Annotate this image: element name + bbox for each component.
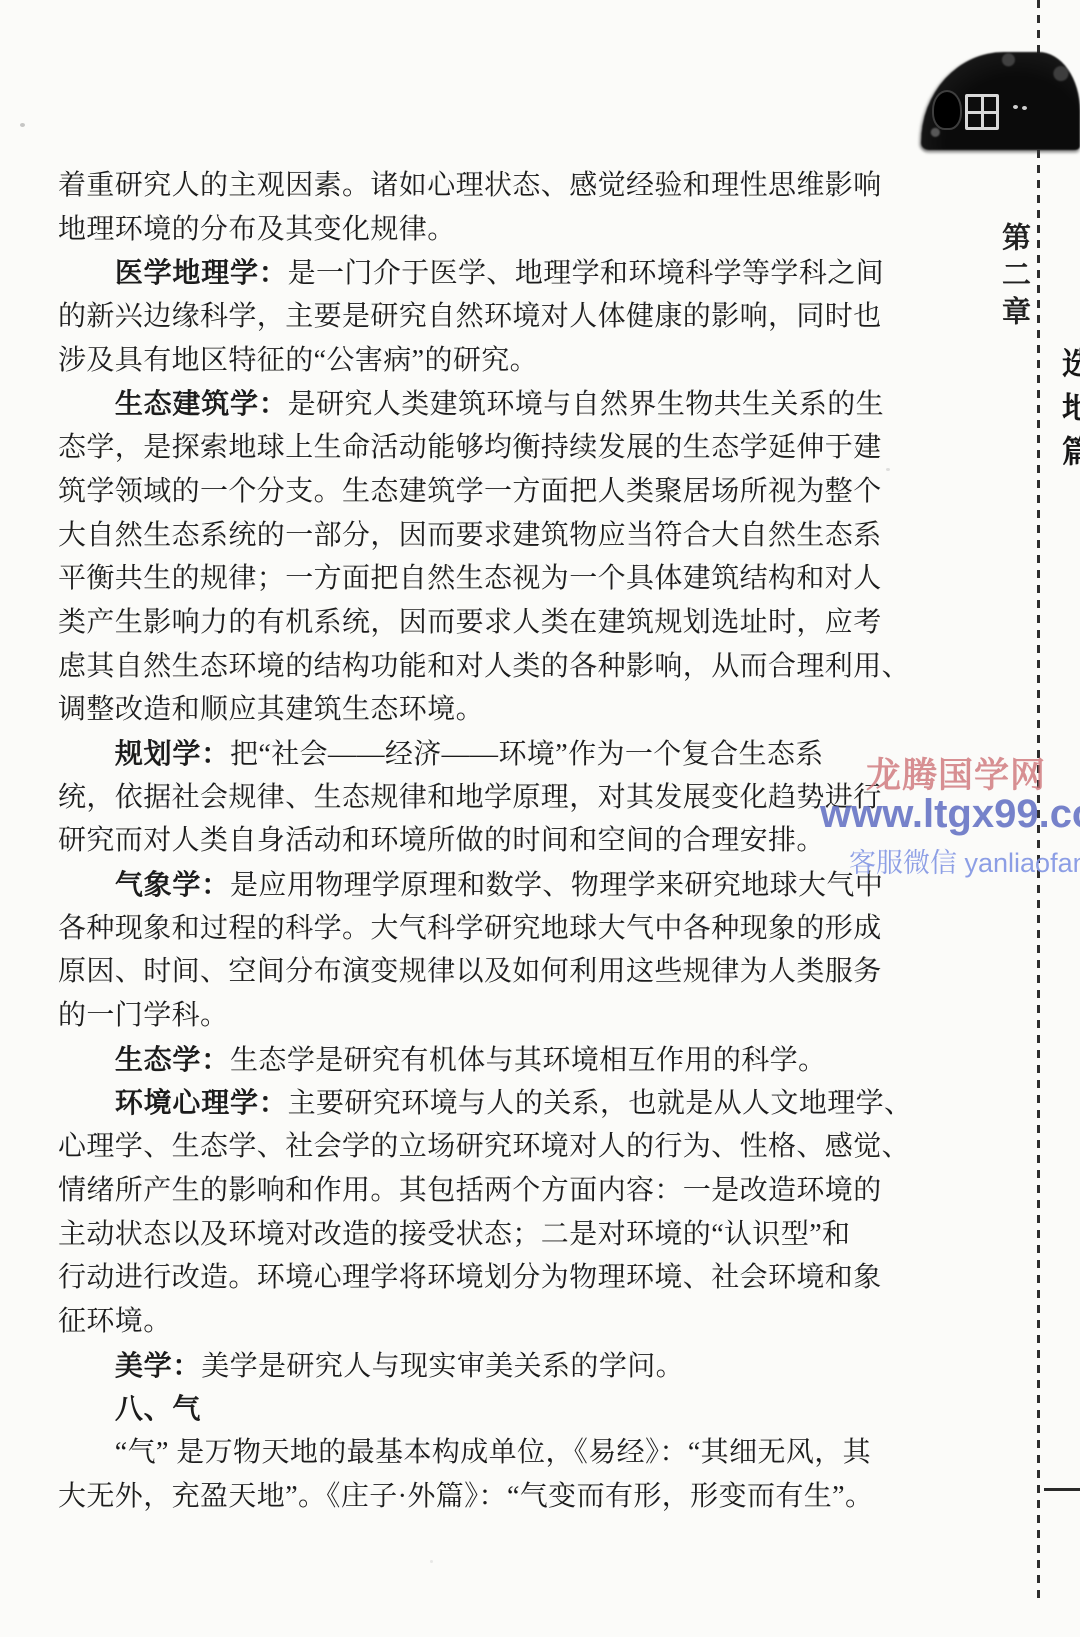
text-line: 研究而对人类自身活动和环境所做的时间和空间的合理安排。 (58, 819, 926, 863)
text-line: 平衡共生的规律；一方面把自然生态视为一个具体建筑结构和对人 (58, 557, 926, 601)
text-line: 的一门学科。 (58, 994, 926, 1038)
text-line: 各种现象和过程的科学。大气科学研究地球大气中各种现象的形成 (58, 907, 926, 951)
text-line: 情绪所产生的影响和作用。其包括两个方面内容：一是改造环境的 (58, 1169, 926, 1213)
watermark-contact: 客服微信 yanliaofan225 (849, 841, 1080, 880)
text-line: 生态学：生态学是研究有机体与其环境相互作用的科学。 (58, 1038, 926, 1082)
text-line: 态学，是探索地球上生命活动能够均衡持续发展的生态学延伸于建 (58, 426, 926, 470)
hut-window (965, 94, 999, 130)
chapter-label: 第二章 (994, 222, 1035, 333)
text-line: 美学：美学是研究人与现实审美关系的学问。 (58, 1344, 926, 1388)
margin-tick (1044, 1488, 1080, 1491)
watermark-site-name: 龙腾国学网 (866, 748, 1046, 798)
text-line: “气” 是万物天地的最基本构成单位，《易经》：“其细无风，其 (58, 1431, 926, 1475)
text-line: 筑学领域的一个分支。生态建筑学一方面把人类聚居场所视为整个 (58, 470, 926, 514)
text-line: 大自然生态系统的一部分，因而要求建筑物应当符合大自然生态系 (58, 514, 926, 558)
text-line: 主动状态以及环境对改造的接受状态；二是对环境的“认识型”和 (58, 1213, 926, 1257)
scan-glint (1022, 106, 1027, 110)
hut-door (932, 90, 962, 130)
text-line: 的新兴边缘科学，主要是研究自然环境对人体健康的影响，同时也 (58, 295, 926, 339)
scan-speck (20, 123, 25, 127)
text-line: 虑其自然生态环境的结构功能和对人类的各种影响，从而合理利用、 (58, 645, 926, 689)
watermark-site-url: www.ltgx99.com (820, 792, 1080, 837)
text-line: 环境心理学：主要研究环境与人的关系，也就是从人文地理学、 (58, 1081, 926, 1125)
text-line: 着重研究人的主观因素。诸如心理状态、感觉经验和理性思维影响 (58, 164, 926, 208)
text-line: 八、气 (58, 1387, 926, 1431)
text-line: 心理学、生态学、社会学的立场研究环境对人的行为、性格、感觉、 (58, 1125, 926, 1169)
body-text: 着重研究人的主观因素。诸如心理状态、感觉经验和理性思维影响地理环境的分布及其变化… (58, 164, 926, 1518)
text-line: 医学地理学：是一门介于医学、地理学和环境科学等学科之间 (58, 251, 926, 295)
text-line: 气象学：是应用物理学原理和数学、物理学来研究地球大气中 (58, 863, 926, 907)
text-line: 统，依据社会规律、生态规律和地学原理，对其发展变化趋势进行 (58, 776, 926, 820)
text-line: 调整改造和顺应其建筑生态环境。 (58, 688, 926, 732)
book-page: 第二章 选地篇 着重研究人的主观因素。诸如心理状态、感觉经验和理性思维影响地理环… (0, 0, 1080, 1637)
section-label: 选地篇 (1052, 347, 1080, 479)
text-line: 类产生影响力的有机系统，因而要求人类在建筑规划选址时，应考 (58, 601, 926, 645)
chapter-illustration (921, 52, 1080, 150)
text-line: 生态建筑学：是研究人类建筑环境与自然界生物共生关系的生 (58, 382, 926, 426)
text-line: 原因、时间、空间分布演变规律以及如何利用这些规律为人类服务 (58, 950, 926, 994)
text-line: 行动进行改造。环境心理学将环境划分为物理环境、社会环境和象 (58, 1256, 926, 1300)
text-line: 涉及具有地区特征的“公害病”的研究。 (58, 339, 926, 383)
text-line: 地理环境的分布及其变化规律。 (58, 208, 926, 252)
scan-glint (1013, 105, 1018, 109)
text-line: 征环境。 (58, 1300, 926, 1344)
text-line: 规划学：把“社会——经济——环境”作为一个复合生态系 (58, 732, 926, 776)
text-line: 大无外，充盈天地”。《庄子·外篇》：“气变而有形，形变而有生”。 (58, 1475, 926, 1519)
scan-speck (430, 1560, 433, 1563)
